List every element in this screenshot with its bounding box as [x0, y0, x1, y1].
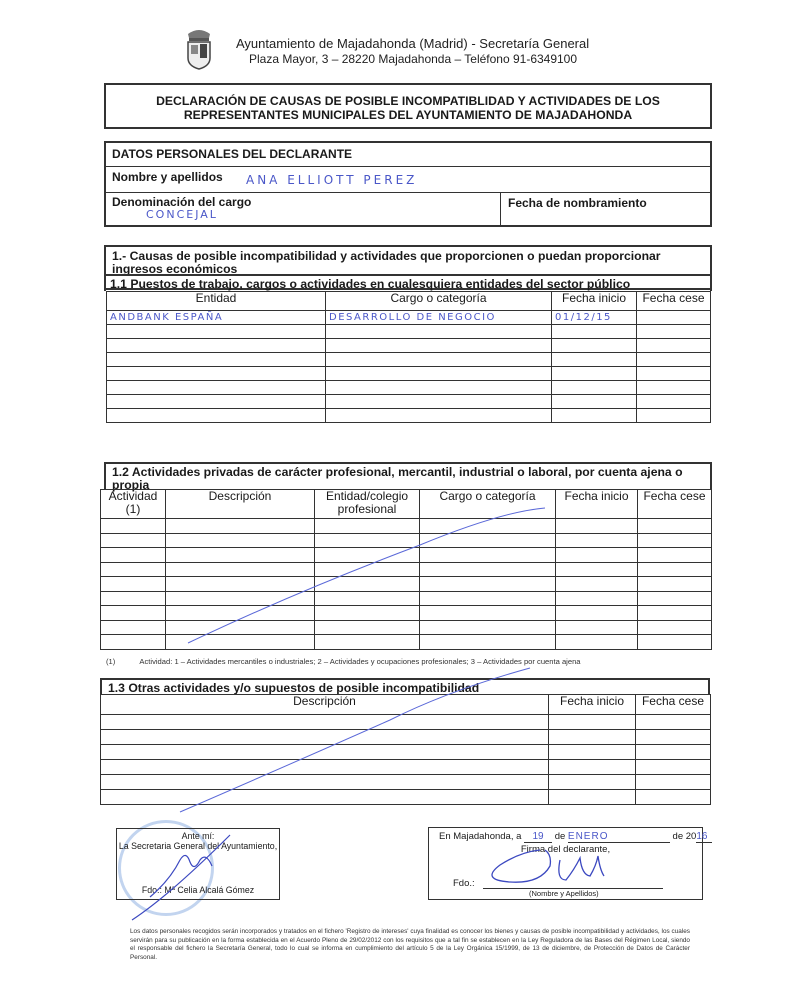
table-cell[interactable] — [326, 381, 552, 395]
section1-heading: 1.- Causas de posible incompatibilidad y… — [112, 250, 704, 276]
table-cell[interactable] — [636, 745, 711, 760]
table-other-activities: DescripciónFecha inicioFecha cese — [100, 694, 711, 805]
table-cell[interactable] — [552, 409, 637, 423]
column-header: Actividad (1) — [101, 490, 166, 519]
table-row — [107, 381, 711, 395]
table-cell[interactable] — [315, 548, 420, 563]
table-cell[interactable] — [166, 519, 315, 534]
place-prefix: En Majadahonda, a — [439, 831, 521, 842]
table-cell[interactable] — [101, 577, 166, 592]
ante-line2: La Secretaria General del Ayuntamiento, — [117, 841, 279, 851]
table-cell[interactable] — [326, 325, 552, 339]
table-cell[interactable] — [315, 591, 420, 606]
table-row — [101, 562, 712, 577]
table-cell[interactable] — [638, 519, 712, 534]
position-cell: Denominación del cargo CONCEJAL — [106, 193, 501, 225]
table-cell[interactable] — [107, 367, 326, 381]
table-cell[interactable] — [637, 311, 711, 325]
table-cell[interactable] — [638, 548, 712, 563]
table-row — [107, 409, 711, 423]
column-header: Fecha inicio — [556, 490, 638, 519]
table-cell[interactable] — [107, 381, 326, 395]
table-cell[interactable] — [420, 606, 556, 621]
table-cell[interactable] — [315, 577, 420, 592]
table-cell[interactable] — [638, 577, 712, 592]
table-row — [101, 635, 712, 650]
table-cell[interactable] — [315, 606, 420, 621]
de-label-2: de 20 — [673, 831, 697, 842]
table-cell[interactable] — [638, 533, 712, 548]
column-header: Cargo o categoría — [420, 490, 556, 519]
table-cell[interactable] — [556, 533, 638, 548]
table-row — [107, 325, 711, 339]
table-cell[interactable] — [552, 395, 637, 409]
table-cell[interactable] — [315, 562, 420, 577]
table-cell[interactable] — [166, 635, 315, 650]
name-field[interactable]: ANA ELLIOTT PEREZ — [246, 173, 417, 187]
table-cell[interactable] — [637, 395, 711, 409]
ante-line1: Ante mí: — [117, 831, 279, 841]
table-cell[interactable] — [549, 775, 636, 790]
table-cell[interactable] — [326, 353, 552, 367]
table-row — [101, 730, 711, 745]
table-row — [101, 591, 712, 606]
secretary-box: Ante mí: La Secretaria General del Ayunt… — [116, 828, 280, 900]
table-cell[interactable] — [101, 591, 166, 606]
table-cell[interactable] — [101, 745, 549, 760]
column-header: Descripción — [166, 490, 315, 519]
column-header: Entidad — [107, 292, 326, 311]
letterhead-line1: Ayuntamiento de Majadahonda (Madrid) - S… — [236, 36, 589, 51]
table-cell[interactable] — [101, 635, 166, 650]
table-cell[interactable] — [166, 533, 315, 548]
table-cell[interactable] — [637, 381, 711, 395]
table-cell[interactable] — [552, 339, 637, 353]
table-cell[interactable] — [166, 591, 315, 606]
name-label: Nombre y apellidos — [112, 170, 223, 184]
table-cell[interactable] — [552, 353, 637, 367]
table-cell[interactable] — [326, 339, 552, 353]
column-header: Entidad/colegio profesional — [315, 490, 420, 519]
table-cell[interactable] — [556, 591, 638, 606]
table-cell[interactable] — [549, 745, 636, 760]
sub12-heading-box: 1.2 Actividades privadas de carácter pro… — [104, 462, 712, 490]
de-label-1: de — [555, 831, 566, 842]
letterhead-line2: Plaza Mayor, 3 – 28220 Majadahonda – Tel… — [249, 52, 577, 66]
table-cell[interactable] — [101, 606, 166, 621]
table-row — [101, 548, 712, 563]
column-header: Fecha cese — [636, 695, 711, 715]
table-cell[interactable] — [315, 620, 420, 635]
table-cell[interactable] — [638, 562, 712, 577]
table-cell[interactable] — [101, 730, 549, 745]
table-cell[interactable] — [552, 381, 637, 395]
column-header: Descripción — [101, 695, 549, 715]
day-field[interactable]: 19 — [524, 831, 552, 843]
table-cell[interactable] — [636, 715, 711, 730]
data-protection-notice: Los datos personales recogidos serán inc… — [130, 928, 690, 962]
column-header: Fecha cese — [638, 490, 712, 519]
title-line1: DECLARACIÓN DE CAUSAS DE POSIBLE INCOMPA… — [106, 94, 710, 108]
footnote-text: Actividad: 1 – Actividades mercantiles o… — [139, 657, 580, 666]
table-cell[interactable] — [101, 715, 549, 730]
table-cell[interactable] — [101, 620, 166, 635]
table-cell[interactable] — [420, 519, 556, 534]
personal-data-box: DATOS PERSONALES DEL DECLARANTE Nombre y… — [104, 141, 712, 227]
table-row — [101, 790, 711, 805]
table-cell[interactable] — [101, 533, 166, 548]
table-cell[interactable] — [420, 533, 556, 548]
table-row — [101, 606, 712, 621]
table-cell[interactable] — [638, 620, 712, 635]
table-cell[interactable] — [101, 775, 549, 790]
table-cell[interactable] — [556, 519, 638, 534]
table-cell[interactable] — [326, 395, 552, 409]
table-row: ANDBANK ESPAÑADESARROLLO DE NEGOCIO01/12… — [107, 311, 711, 325]
table-cell[interactable] — [556, 620, 638, 635]
table-cell[interactable] — [107, 325, 326, 339]
table-cell[interactable] — [636, 775, 711, 790]
table-cell[interactable] — [638, 635, 712, 650]
column-header: Fecha cese — [637, 292, 711, 311]
table-row — [101, 620, 712, 635]
sub13-heading-box: 1.3 Otras actividades y/o supuestos de p… — [100, 678, 710, 695]
table-cell[interactable] — [315, 519, 420, 534]
table-cell[interactable] — [166, 562, 315, 577]
firma-label: Firma del declarante, — [429, 844, 702, 855]
table-cell[interactable] — [420, 591, 556, 606]
table-cell[interactable] — [638, 606, 712, 621]
table-cell[interactable] — [420, 577, 556, 592]
table-cell[interactable] — [556, 606, 638, 621]
table-cell[interactable] — [637, 353, 711, 367]
sub13-heading: 1.3 Otras actividades y/o supuestos de p… — [108, 681, 479, 695]
column-header: Fecha inicio — [549, 695, 636, 715]
table-public-sector: EntidadCargo o categoríaFecha inicioFech… — [106, 291, 711, 423]
table-row — [101, 577, 712, 592]
table-cell[interactable] — [556, 577, 638, 592]
table-cell[interactable] — [420, 548, 556, 563]
table-cell[interactable] — [636, 730, 711, 745]
place-date-line: En Majadahonda, a 19 de ENERO de 2016 — [439, 831, 712, 843]
name-row: Nombre y apellidos ANA ELLIOTT PEREZ — [106, 167, 710, 193]
table-cell[interactable] — [420, 620, 556, 635]
table-cell[interactable] — [637, 325, 711, 339]
table-cell[interactable] — [556, 635, 638, 650]
table-cell[interactable] — [315, 635, 420, 650]
table-cell[interactable] — [552, 325, 637, 339]
column-header: Cargo o categoría — [326, 292, 552, 311]
table-cell[interactable] — [166, 577, 315, 592]
table-cell[interactable] — [638, 591, 712, 606]
personal-heading: DATOS PERSONALES DEL DECLARANTE — [112, 147, 352, 161]
table-cell[interactable] — [326, 409, 552, 423]
table-cell[interactable] — [549, 760, 636, 775]
table-row — [107, 367, 711, 381]
table-cell[interactable] — [107, 409, 326, 423]
table-cell[interactable] — [636, 790, 711, 805]
table-cell[interactable]: ANDBANK ESPAÑA — [107, 311, 326, 325]
table-cell[interactable] — [101, 548, 166, 563]
table-cell[interactable] — [420, 635, 556, 650]
table-cell[interactable] — [107, 353, 326, 367]
table-cell[interactable] — [166, 548, 315, 563]
column-header: Fecha inicio — [552, 292, 637, 311]
table-cell[interactable] — [166, 606, 315, 621]
table-cell[interactable] — [552, 367, 637, 381]
table-cell[interactable] — [637, 367, 711, 381]
table-private-activities: Actividad (1)DescripciónEntidad/colegio … — [100, 489, 712, 650]
table-cell[interactable] — [420, 562, 556, 577]
sub11-heading-box: 1.1 Puestos de trabajo, cargos o activid… — [104, 274, 712, 291]
appointment-label: Fecha de nombramiento — [508, 196, 647, 210]
appointment-cell: Fecha de nombramiento — [502, 193, 710, 225]
table-row — [107, 339, 711, 353]
table-row — [101, 533, 712, 548]
table-cell[interactable] — [166, 620, 315, 635]
table-row — [101, 715, 711, 730]
table-row — [107, 395, 711, 409]
month-field[interactable]: ENERO — [568, 831, 670, 843]
table-cell[interactable] — [107, 395, 326, 409]
footnote-marker: (1) — [106, 657, 115, 666]
table-cell[interactable] — [107, 339, 326, 353]
personal-heading-row: DATOS PERSONALES DEL DECLARANTE — [106, 143, 710, 167]
table-cell[interactable] — [315, 533, 420, 548]
document-title: DECLARACIÓN DE CAUSAS DE POSIBLE INCOMPA… — [104, 83, 712, 129]
name-hint: (Nombre y Apellidos) — [529, 889, 599, 898]
title-line2: REPRESENTANTES MUNICIPALES DEL AYUNTAMIE… — [106, 108, 710, 122]
table-cell[interactable] — [556, 548, 638, 563]
activity-footnote: (1) Actividad: 1 – Actividades mercantil… — [106, 657, 581, 666]
table-cell[interactable] — [637, 339, 711, 353]
table-cell[interactable] — [549, 730, 636, 745]
table-cell[interactable] — [556, 562, 638, 577]
table-cell[interactable] — [101, 760, 549, 775]
table-cell[interactable] — [549, 790, 636, 805]
table-cell[interactable] — [101, 519, 166, 534]
position-field[interactable]: CONCEJAL — [146, 208, 218, 221]
sub11-heading: 1.1 Puestos de trabajo, cargos o activid… — [110, 277, 630, 291]
table-row — [101, 760, 711, 775]
table-cell[interactable] — [101, 790, 549, 805]
table-row — [101, 775, 711, 790]
table-cell[interactable] — [101, 562, 166, 577]
declarant-signature-box: En Majadahonda, a 19 de ENERO de 2016 Fi… — [428, 827, 703, 900]
table-row — [107, 353, 711, 367]
year-field[interactable]: 16 — [696, 831, 712, 843]
table-cell[interactable] — [637, 409, 711, 423]
table-cell[interactable] — [326, 367, 552, 381]
ante-signer: Fdo.: Mª Celia Alcalá Gómez — [117, 885, 279, 895]
table-row — [101, 745, 711, 760]
table-cell[interactable] — [549, 715, 636, 730]
fdo-label: Fdo.: — [453, 878, 475, 889]
table-cell[interactable] — [636, 760, 711, 775]
table-cell[interactable]: DESARROLLO DE NEGOCIO — [326, 311, 552, 325]
table-row — [101, 519, 712, 534]
coat-of-arms-icon — [184, 26, 214, 70]
position-label: Denominación del cargo — [112, 195, 251, 209]
table-cell[interactable]: 01/12/15 — [552, 311, 637, 325]
